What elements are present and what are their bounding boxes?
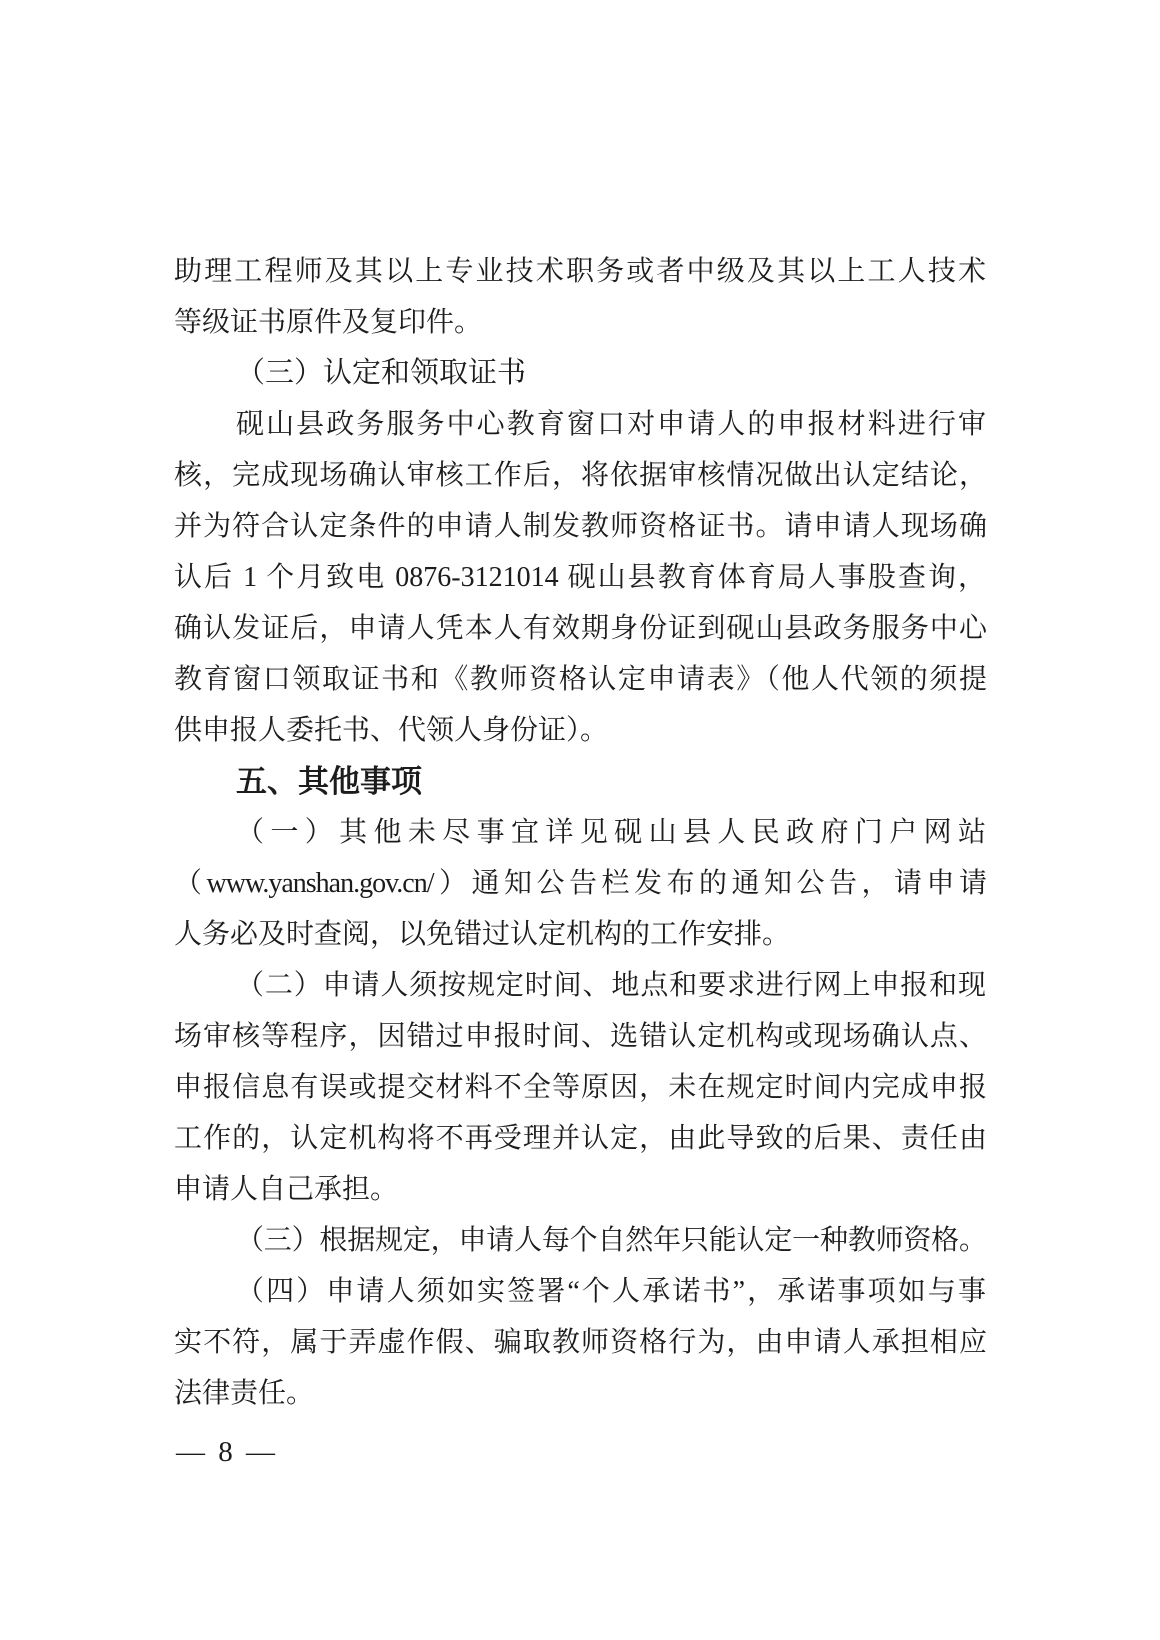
text-line: 砚山县政务服务中心教育窗口对申请人的申报材料进行审 [174, 399, 986, 450]
text-line: （二）申请人须按规定时间、地点和要求进行网上申报和现 [174, 960, 986, 1011]
text-line: 确认发证后，申请人凭本人有效期身份证到砚山县政务服务中心 [174, 603, 986, 654]
text-line: 核，完成现场确认审核工作后，将依据审核情况做出认定结论， [174, 450, 986, 501]
section-heading-5: 五、其他事项 [174, 756, 986, 807]
text-line: 人务必及时查阅，以免错过认定机构的工作安排。 [174, 909, 986, 960]
text-line: 教育窗口领取证书和《教师资格认定申请表》（他人代领的须提 [174, 654, 986, 705]
text-line: （四）申请人须如实签署“个人承诺书”，承诺事项如与事 [174, 1266, 986, 1317]
text-line: 供申报人委托书、代领人身份证）。 [174, 705, 986, 756]
page-number: — 8 — [176, 1434, 275, 1470]
text-line: （三）根据规定，申请人每个自然年只能认定一种教师资格。 [174, 1215, 986, 1266]
text-line: 法律责任。 [174, 1368, 986, 1419]
document-body: 助理工程师及其以上专业技术职务或者中级及其以上工人技术 等级证书原件及复印件。 … [174, 246, 986, 1419]
text-line: 场审核等程序，因错过申报时间、选错认定机构或现场确认点、 [174, 1011, 986, 1062]
text-line: （一）其他未尽事宜详见砚山县人民政府门户网站 [174, 807, 986, 858]
text-line: 申请人自己承担。 [174, 1164, 986, 1215]
text-line: 助理工程师及其以上专业技术职务或者中级及其以上工人技术 [174, 246, 986, 297]
text-line-phone: 认后 1 个月致电 0876-3121014 砚山县教育体育局人事股查询， [174, 552, 986, 603]
text-line: 工作的，认定机构将不再受理并认定，由此导致的后果、责任由 [174, 1113, 986, 1164]
text-line: 申报信息有误或提交材料不全等原因，未在规定时间内完成申报 [174, 1062, 986, 1113]
text-line: 并为符合认定条件的申请人制发教师资格证书。请申请人现场确 [174, 501, 986, 552]
text-line: 实不符，属于弄虚作假、骗取教师资格行为，由申请人承担相应 [174, 1317, 986, 1368]
text-line: 等级证书原件及复印件。 [174, 297, 986, 348]
text-line-url: （www.yanshan.gov.cn/）通知公告栏发布的通知公告，请申请 [174, 858, 986, 909]
subsection-heading-3: （三）认定和领取证书 [174, 348, 986, 399]
